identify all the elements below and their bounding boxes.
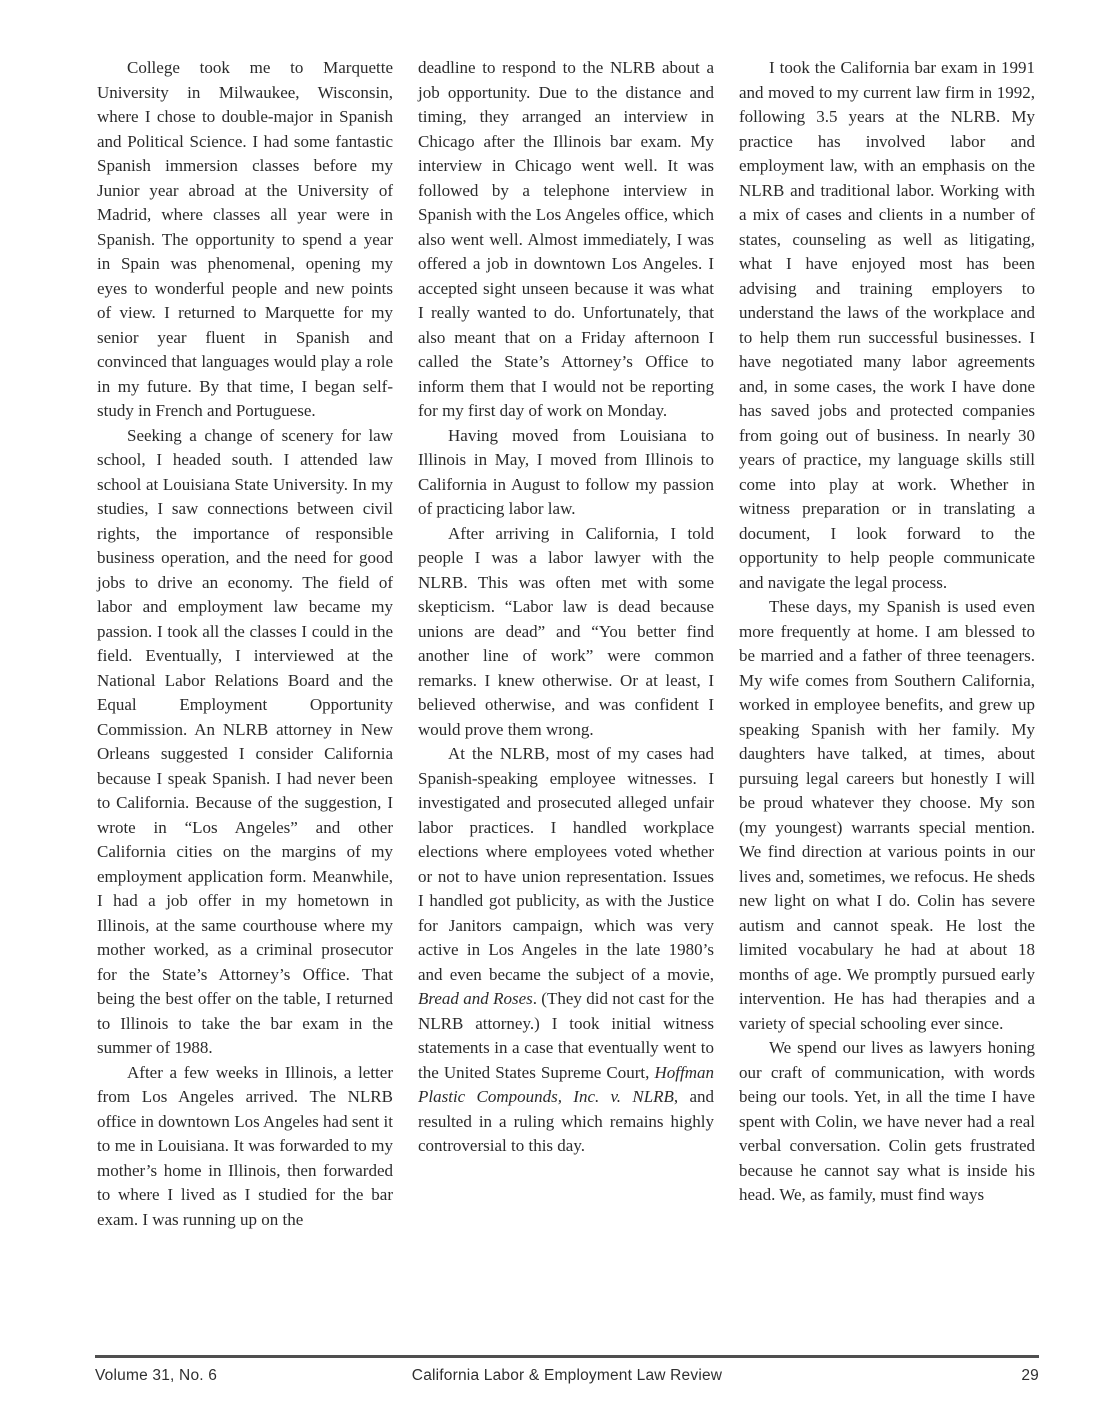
text-column-2: deadline to respond to the NLRB about a …: [418, 56, 714, 1232]
article-body: College took me to Marquette University …: [97, 56, 1037, 1232]
paragraph: Having moved from Louisiana to Illinois …: [418, 424, 714, 522]
paragraph: After arriving in California, I told peo…: [418, 522, 714, 743]
page-footer: Volume 31, No. 6 California Labor & Empl…: [95, 1355, 1039, 1385]
text-column-3: I took the California bar exam in 1991 a…: [739, 56, 1035, 1232]
magazine-page: College took me to Marquette University …: [0, 0, 1100, 1423]
paragraph: I took the California bar exam in 1991 a…: [739, 56, 1035, 595]
paragraph: Seeking a change of scenery for law scho…: [97, 424, 393, 1061]
paragraph: deadline to respond to the NLRB about a …: [418, 56, 714, 424]
paragraph: College took me to Marquette University …: [97, 56, 393, 424]
text-column-1: College took me to Marquette University …: [97, 56, 393, 1232]
paragraph: We spend our lives as lawyers honing our…: [739, 1036, 1035, 1208]
footer-volume: Volume 31, No. 6: [95, 1367, 217, 1385]
paragraph: These days, my Spanish is used even more…: [739, 595, 1035, 1036]
footer-row: Volume 31, No. 6 California Labor & Empl…: [95, 1367, 1039, 1385]
paragraph: After a few weeks in Illinois, a letter …: [97, 1061, 393, 1233]
footer-journal-title: California Labor & Employment Law Review: [412, 1367, 722, 1385]
paragraph: At the NLRB, most of my cases had Spanis…: [418, 742, 714, 1159]
footer-rule: [95, 1355, 1039, 1358]
footer-page-number: 29: [1021, 1367, 1039, 1385]
